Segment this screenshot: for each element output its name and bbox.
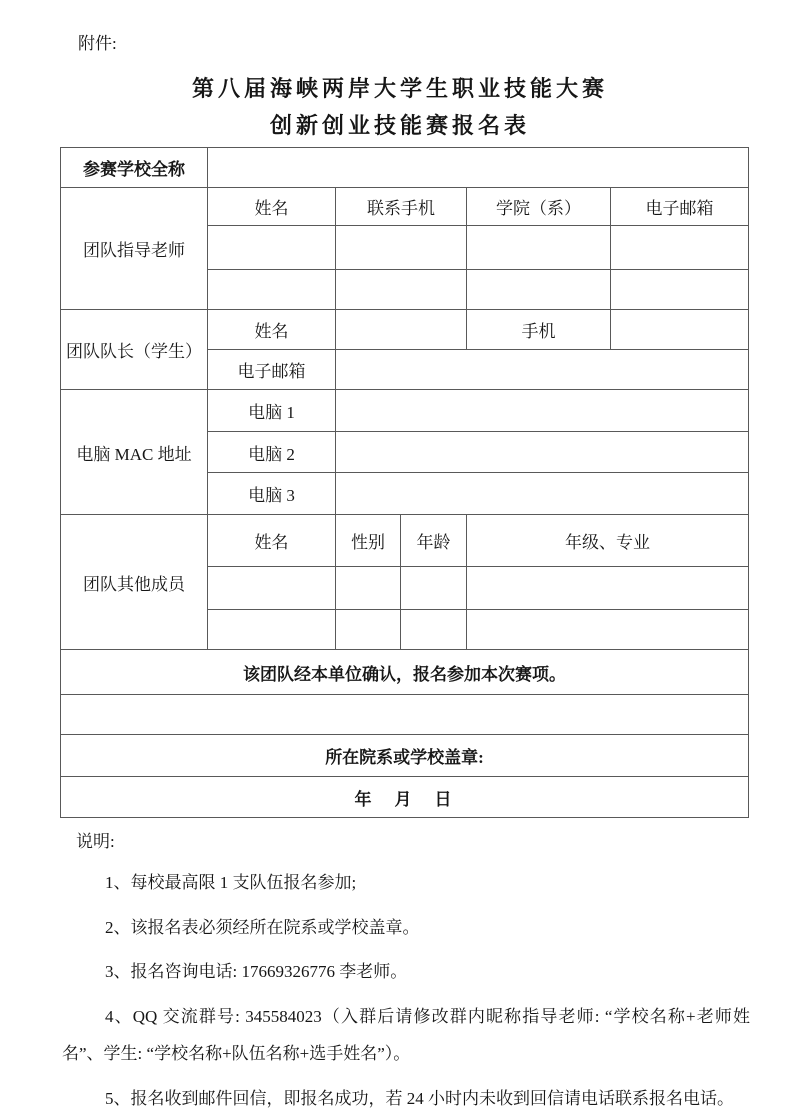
mac-computer3-input-cell xyxy=(336,473,749,515)
attachment-label: 附件: xyxy=(78,33,117,55)
advisor1-phone-cell xyxy=(336,226,467,270)
school-label-cell: 参赛学校全称 xyxy=(61,148,208,188)
confirmation-row: 该团队经本单位确认，报名参加本次赛项。 xyxy=(61,650,749,695)
member-age-header-cell: 年龄 xyxy=(401,515,467,567)
leader-name-row: 团队队长（学生） 姓名 手机 xyxy=(61,310,749,350)
mac-computer3-label-cell: 电脑 3 xyxy=(208,473,336,515)
leader-name-input-cell xyxy=(336,310,467,350)
members-header-row: 团队其他成员 姓名 性别 年龄 年级、专业 xyxy=(61,515,749,567)
school-row: 参赛学校全称 xyxy=(61,148,749,188)
members-section-label-cell: 团队其他成员 xyxy=(61,515,208,650)
date-row: 年 月 日 xyxy=(61,777,749,818)
title-line-1: 第八届海峡两岸大学生职业技能大赛 xyxy=(0,70,800,107)
advisors-header-row: 团队指导老师 姓名 联系手机 学院（系） 电子邮箱 xyxy=(61,188,749,226)
notes-heading: 说明: xyxy=(76,827,750,857)
member1-grade-cell xyxy=(467,567,749,610)
confirmation-text-cell: 该团队经本单位确认，报名参加本次赛项。 xyxy=(61,650,749,695)
mac-computer1-input-cell xyxy=(336,390,749,432)
member2-age-cell xyxy=(401,610,467,650)
member1-gender-cell xyxy=(336,567,401,610)
notes-section: 说明: 1、每校最高限 1 支队伍报名参加; 2、该报名表必须经所在院系或学校盖… xyxy=(62,827,750,1111)
leader-name-label-cell: 姓名 xyxy=(208,310,336,350)
mac-section-label-cell: 电脑 MAC 地址 xyxy=(61,390,208,515)
title-line-2: 创新创业技能赛报名表 xyxy=(0,107,800,144)
note-item-5: 5、报名收到邮件回信，即报名成功，若 24 小时内未收到回信请电话联系报名电话。 xyxy=(62,1080,750,1111)
advisor-phone-header-cell: 联系手机 xyxy=(336,188,467,226)
school-value-cell xyxy=(208,148,749,188)
advisors-section-label-cell: 团队指导老师 xyxy=(61,188,208,310)
advisor1-college-cell xyxy=(467,226,611,270)
advisor2-email-cell xyxy=(611,270,749,310)
advisor2-name-cell xyxy=(208,270,336,310)
registration-form-table: 参赛学校全称 团队指导老师 姓名 联系手机 学院（系） 电子邮箱 xyxy=(60,147,749,818)
mac-computer1-label-cell: 电脑 1 xyxy=(208,390,336,432)
note-item-1: 1、每校最高限 1 支队伍报名参加; xyxy=(62,864,750,902)
document-title: 第八届海峡两岸大学生职业技能大赛 创新创业技能赛报名表 xyxy=(0,70,800,144)
member2-grade-cell xyxy=(467,610,749,650)
member-grade-header-cell: 年级、专业 xyxy=(467,515,749,567)
advisor1-name-cell xyxy=(208,226,336,270)
advisor2-college-cell xyxy=(467,270,611,310)
stamp-label-cell: 所在院系或学校盖章: xyxy=(61,735,749,777)
leader-email-input-cell xyxy=(336,350,749,390)
leader-mobile-input-cell xyxy=(611,310,749,350)
date-label-cell: 年 月 日 xyxy=(61,777,749,818)
member-gender-header-cell: 性别 xyxy=(336,515,401,567)
leader-section-label-cell: 团队队长（学生） xyxy=(61,310,208,390)
advisor1-email-cell xyxy=(611,226,749,270)
document-page: 附件: 第八届海峡两岸大学生职业技能大赛 创新创业技能赛报名表 参赛学校全称 团… xyxy=(0,0,800,1111)
leader-email-label-cell: 电子邮箱 xyxy=(208,350,336,390)
mac-row-1: 电脑 MAC 地址 电脑 1 xyxy=(61,390,749,432)
note-item-3: 3、报名咨询电话: 17669326776 李老师。 xyxy=(62,953,750,991)
mac-computer2-input-cell xyxy=(336,432,749,473)
leader-mobile-label-cell: 手机 xyxy=(467,310,611,350)
advisor2-phone-cell xyxy=(336,270,467,310)
stamp-row: 所在院系或学校盖章: xyxy=(61,735,749,777)
mac-computer2-label-cell: 电脑 2 xyxy=(208,432,336,473)
member-name-header-cell: 姓名 xyxy=(208,515,336,567)
advisor-email-header-cell: 电子邮箱 xyxy=(611,188,749,226)
advisor-college-header-cell: 学院（系） xyxy=(467,188,611,226)
member2-name-cell xyxy=(208,610,336,650)
signature-space-cell xyxy=(61,695,749,735)
note-item-2: 2、该报名表必须经所在院系或学校盖章。 xyxy=(62,909,750,947)
advisor-name-header-cell: 姓名 xyxy=(208,188,336,226)
note-item-4: 4、QQ 交流群号: 345584023（入群后请修改群内昵称指导老师: “学校… xyxy=(62,998,750,1073)
member1-age-cell xyxy=(401,567,467,610)
member1-name-cell xyxy=(208,567,336,610)
signature-space-row xyxy=(61,695,749,735)
member2-gender-cell xyxy=(336,610,401,650)
